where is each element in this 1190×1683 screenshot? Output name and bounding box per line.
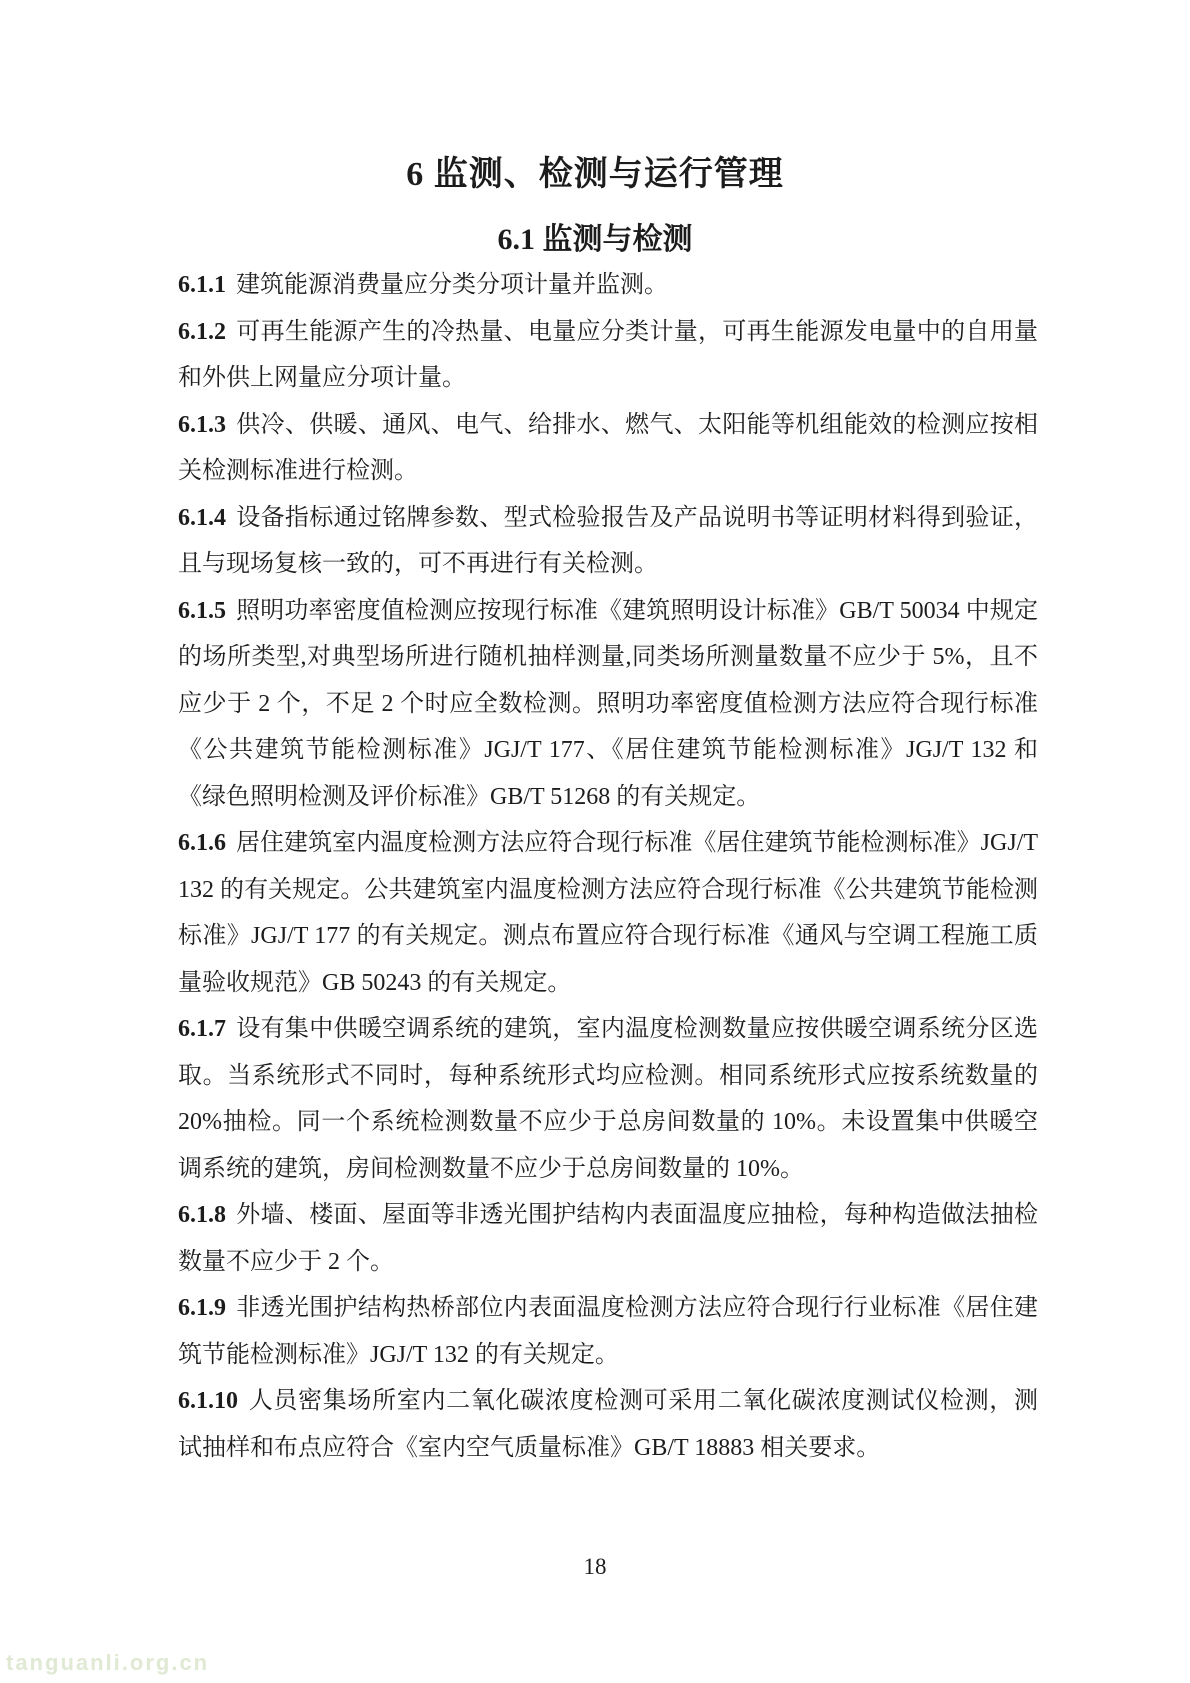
clause-number: 6.1.10 — [178, 1388, 238, 1414]
section-title: 6.1 监测与检测 — [0, 214, 1190, 258]
clause-number: 6.1.5 — [178, 598, 226, 624]
clause-text: 供冷、供暖、通风、电气、给排水、燃气、太阳能等机组能效的检测应按相关检测标准进行… — [178, 412, 1038, 485]
clause-text: 外墙、楼面、屋面等非透光围护结构内表面温度应抽检，每种构造做法抽检数量不应少于 … — [178, 1202, 1038, 1275]
clause: 6.1.2可再生能源产生的冷热量、电量应分类计量，可再生能源发电量中的自用量和外… — [178, 309, 1038, 402]
clause: 6.1.3供冷、供暖、通风、电气、给排水、燃气、太阳能等机组能效的检测应按相关检… — [178, 402, 1038, 495]
clause-number: 6.1.1 — [178, 272, 226, 298]
clause-text: 可再生能源产生的冷热量、电量应分类计量，可再生能源发电量中的自用量和外供上网量应… — [178, 319, 1038, 392]
clause-text: 照明功率密度值检测应按现行标准《建筑照明设计标准》GB/T 50034 中规定的… — [178, 598, 1038, 810]
chapter-title: 6 监测、检测与运行管理 — [0, 146, 1190, 195]
clause: 6.1.1建筑能源消费量应分类分项计量并监测。 — [178, 262, 1038, 309]
clause-text: 建筑能源消费量应分类分项计量并监测。 — [236, 272, 668, 298]
clause: 6.1.10人员密集场所室内二氧化碳浓度检测可采用二氧化碳浓度测试仪检测，测试抽… — [178, 1378, 1038, 1471]
clause-text: 非透光围护结构热桥部位内表面温度检测方法应符合现行行业标准《居住建筑节能检测标准… — [178, 1295, 1038, 1368]
clause-text: 人员密集场所室内二氧化碳浓度检测可采用二氧化碳浓度测试仪检测，测试抽样和布点应符… — [178, 1388, 1038, 1461]
clause-text: 设有集中供暖空调系统的建筑，室内温度检测数量应按供暖空调系统分区选取。当系统形式… — [178, 1016, 1038, 1182]
clause-text: 居住建筑室内温度检测方法应符合现行标准《居住建筑节能检测标准》JGJ/T 132… — [178, 830, 1038, 996]
clause: 6.1.6居住建筑室内温度检测方法应符合现行标准《居住建筑节能检测标准》JGJ/… — [178, 820, 1038, 1006]
clause-number: 6.1.4 — [178, 505, 226, 531]
clause: 6.1.5照明功率密度值检测应按现行标准《建筑照明设计标准》GB/T 50034… — [178, 588, 1038, 821]
clause-number: 6.1.8 — [178, 1202, 226, 1228]
clause: 6.1.9非透光围护结构热桥部位内表面温度检测方法应符合现行行业标准《居住建筑节… — [178, 1285, 1038, 1378]
document-page: 6 监测、检测与运行管理 6.1 监测与检测 6.1.1建筑能源消费量应分类分项… — [0, 0, 1190, 1683]
page-number: 18 — [0, 1554, 1190, 1580]
clause-number: 6.1.6 — [178, 830, 226, 856]
clause-number: 6.1.3 — [178, 412, 226, 438]
clause-text: 设备指标通过铭牌参数、型式检验报告及产品说明书等证明材料得到验证，且与现场复核一… — [178, 505, 1038, 578]
clause: 6.1.8外墙、楼面、屋面等非透光围护结构内表面温度应抽检，每种构造做法抽检数量… — [178, 1192, 1038, 1285]
clause-number: 6.1.7 — [178, 1016, 226, 1042]
clause-number: 6.1.2 — [178, 319, 226, 345]
clauses-container: 6.1.1建筑能源消费量应分类分项计量并监测。 6.1.2可再生能源产生的冷热量… — [178, 262, 1038, 1471]
clause: 6.1.4设备指标通过铭牌参数、型式检验报告及产品说明书等证明材料得到验证，且与… — [178, 495, 1038, 588]
watermark: tanguanli.org.cn — [6, 1650, 209, 1676]
clause-number: 6.1.9 — [178, 1295, 226, 1321]
clause: 6.1.7设有集中供暖空调系统的建筑，室内温度检测数量应按供暖空调系统分区选取。… — [178, 1006, 1038, 1192]
